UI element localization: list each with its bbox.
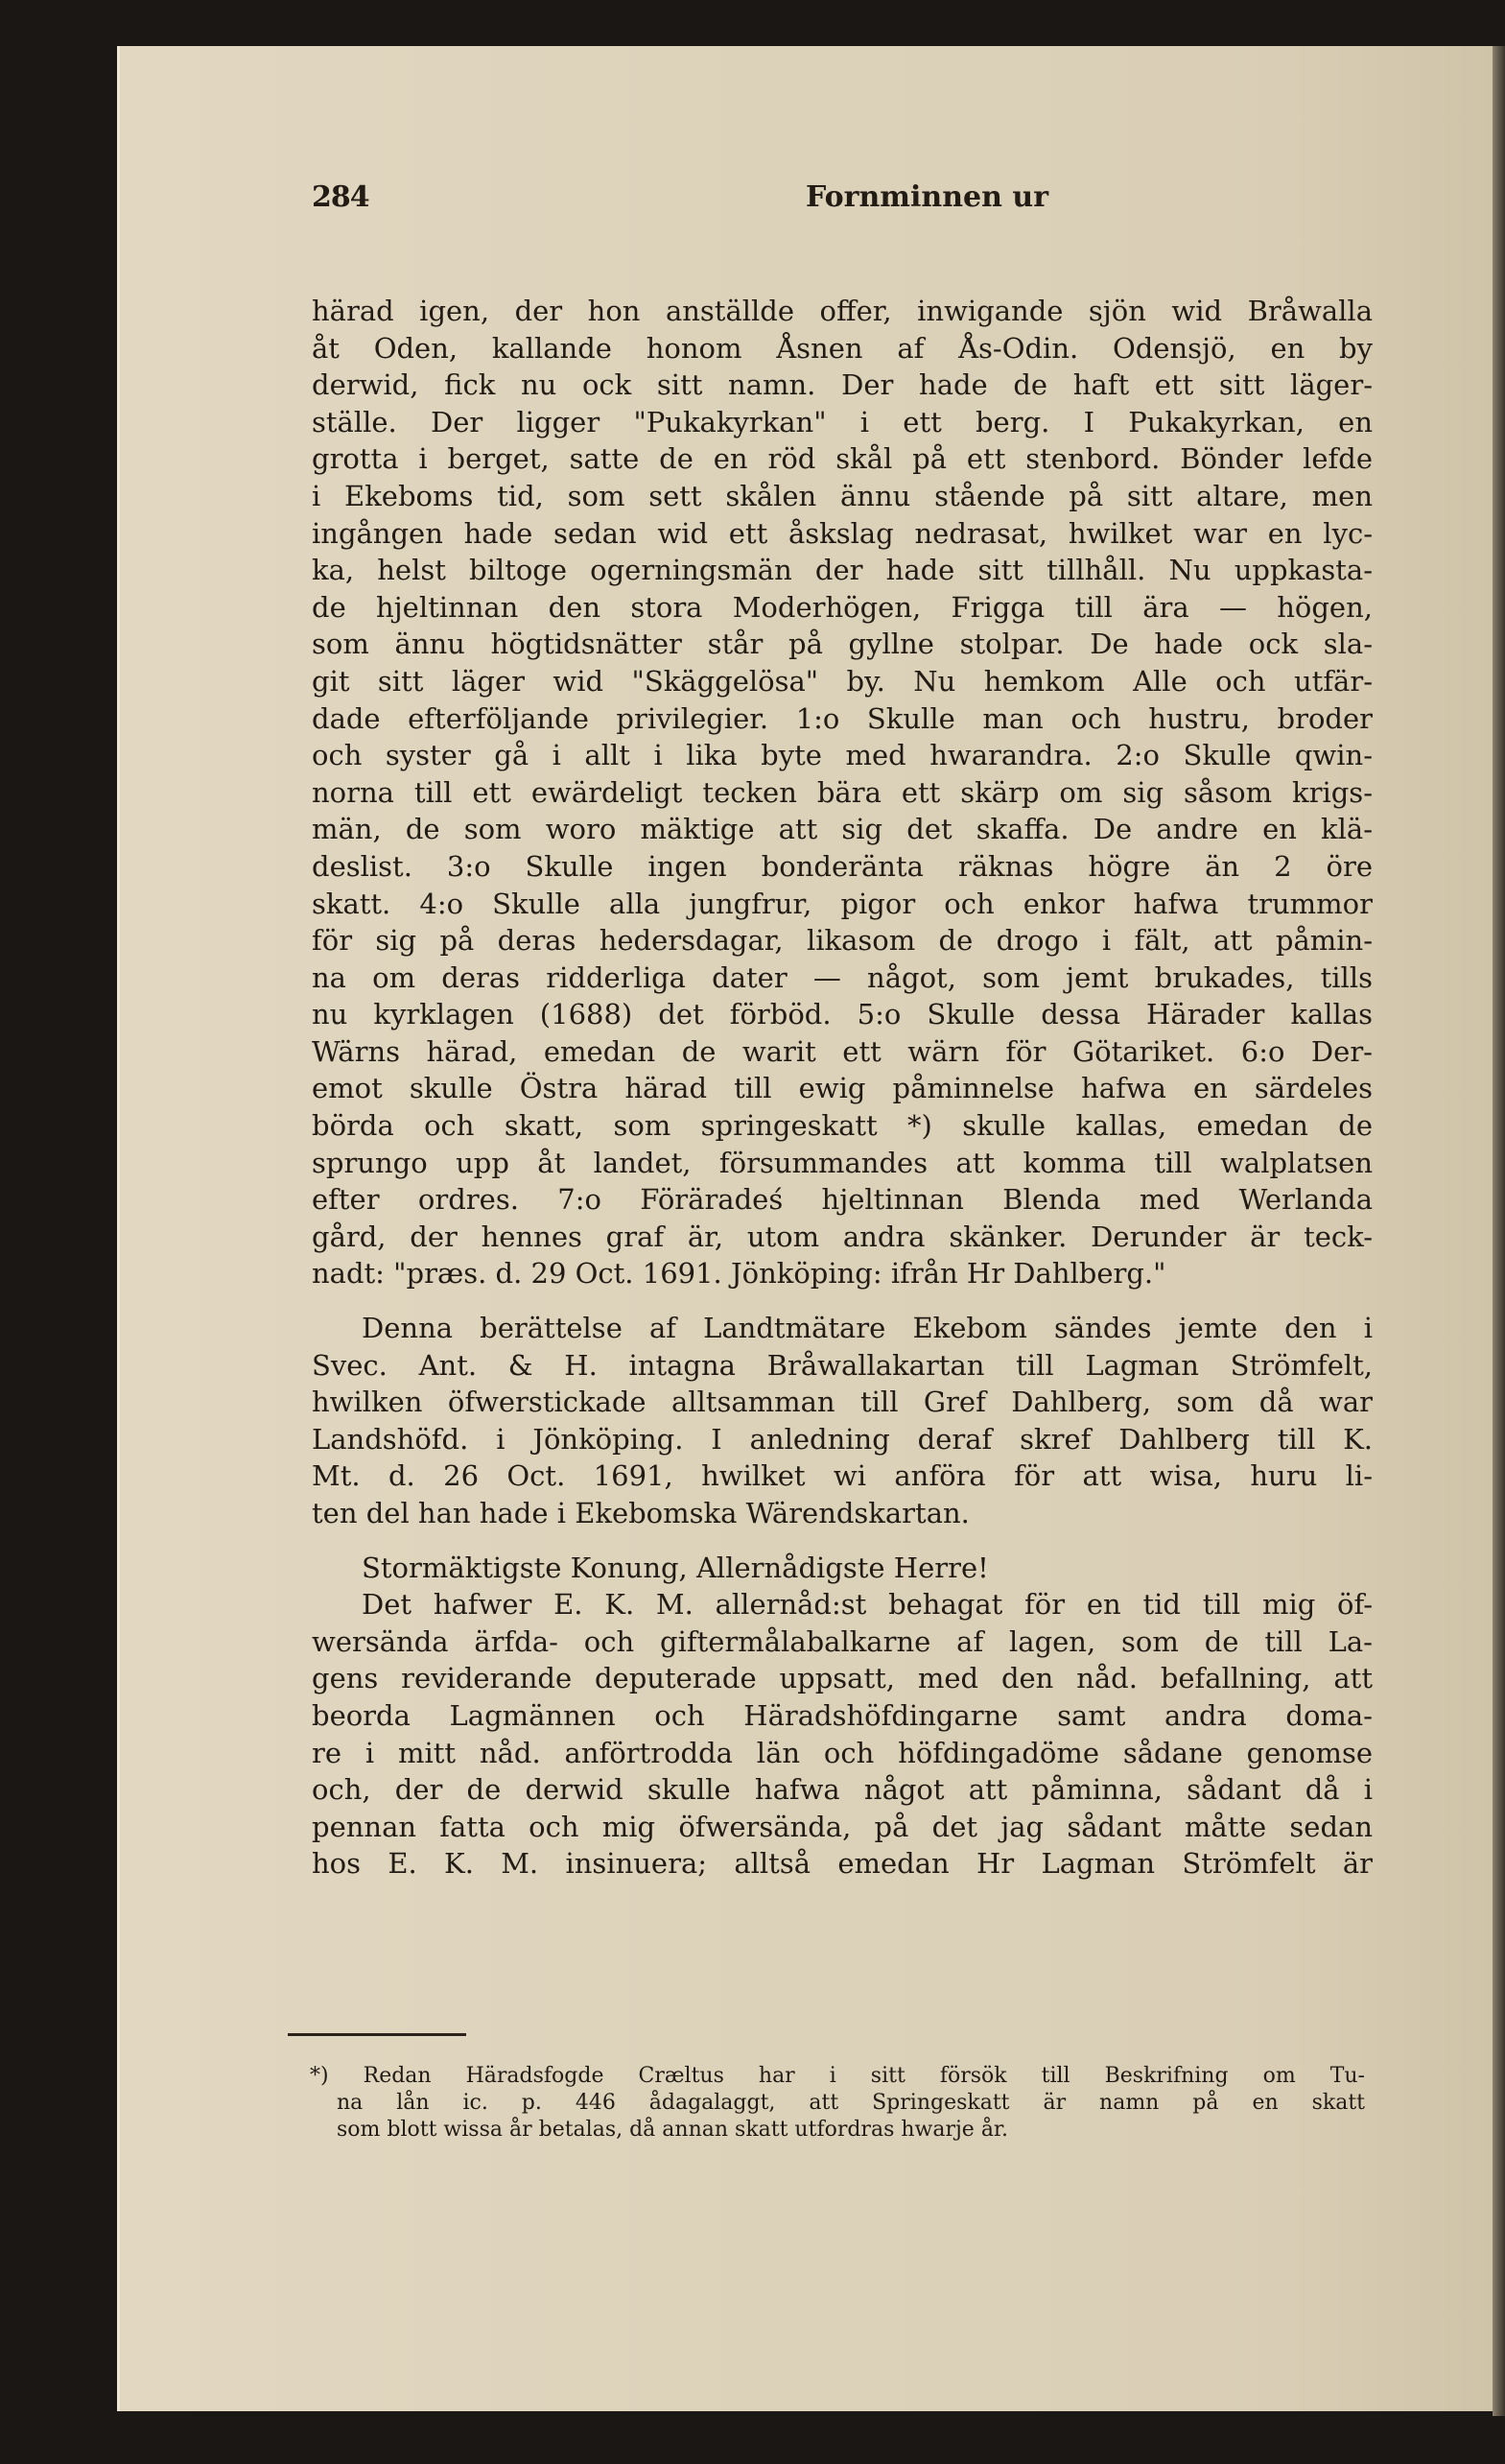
text-line: i Ekeboms tid, som sett skålen ännu ståe… (312, 478, 1373, 515)
page-edge-shadow (1493, 46, 1505, 2416)
body-text: härad igen, der hon anställde offer, inw… (312, 293, 1373, 1883)
text-line: som ännu högtidsnätter står på gyllne st… (312, 626, 1373, 663)
text-line: Wärns härad, emedan de warit ett wärn fö… (312, 1033, 1373, 1071)
text-line: efter ordres. 7:o Föräradeś hjeltinnan B… (312, 1181, 1373, 1219)
text-line: grotta i berget, satte de en röd skål på… (312, 440, 1373, 478)
footnote-divider (288, 2033, 466, 2036)
footnote-line: *) Redan Häradsfogde Cræltus har i sitt … (310, 2063, 1365, 2090)
text-line: Det hafwer E. K. M. allernåd:st behagat … (312, 1586, 1373, 1623)
text-line: norna till ett ewärdeligt tecken bära et… (312, 774, 1373, 812)
text-line: nadt: "præs. d. 29 Oct. 1691. Jönköping:… (312, 1255, 1373, 1292)
text-line: män, de som woro mäktige att sig det ska… (312, 811, 1373, 848)
paragraph-3: Det hafwer E. K. M. allernåd:st behagat … (312, 1586, 1373, 1883)
text-line: dade efterföljande privilegier. 1:o Skul… (312, 700, 1373, 738)
text-line: gård, der hennes graf är, utom andra skä… (312, 1219, 1373, 1256)
text-line: ingången hade sedan wid ett åskslag nedr… (312, 515, 1373, 553)
footnote: *) Redan Häradsfogde Cræltus har i sitt … (310, 2063, 1365, 2144)
text-line: derwid, fick nu ock sitt namn. Der hade … (312, 367, 1373, 404)
text-line: re i mitt nåd. anförtrodda län och höfdi… (312, 1735, 1373, 1772)
text-line: Landshöfd. i Jönköping. I anledning dera… (312, 1421, 1373, 1458)
paragraph-2: Denna berättelse af Landtmätare Ekebom s… (312, 1310, 1373, 1532)
text-line: för sig på deras hedersdagar, likasom de… (312, 922, 1373, 960)
text-line: pennan fatta och mig öfwersända, på det … (312, 1809, 1373, 1846)
text-line: de hjeltinnan den stora Moderhögen, Frig… (312, 589, 1373, 627)
letter-salutation: Stormäktigste Konung, Allernådigste Herr… (312, 1550, 1373, 1587)
text-line: åt Oden, kallande honom Åsnen af Ås-Odin… (312, 330, 1373, 367)
text-line: ten del han hade i Ekebomska Wärendskart… (312, 1495, 1373, 1532)
text-line: Denna berättelse af Landtmätare Ekebom s… (312, 1310, 1373, 1347)
text-line: Svec. Ant. & H. intagna Bråwallakartan t… (312, 1347, 1373, 1385)
text-line: na om deras ridderliga dater — något, so… (312, 960, 1373, 997)
footnote-line: som blott wissa år betalas, då annan ska… (310, 2117, 1365, 2144)
text-line: ställe. Der ligger "Pukakyrkan" i ett be… (312, 404, 1373, 441)
text-line: skatt. 4:o Skulle alla jungfrur, pigor o… (312, 886, 1373, 923)
footnote-line: na lån ic. p. 446 ådagalaggt, att Spring… (310, 2090, 1365, 2117)
text-line: och, der de derwid skulle hafwa något at… (312, 1771, 1373, 1809)
text-line: hwilken öfwerstickade alltsamman till Gr… (312, 1384, 1373, 1421)
text-line: gens reviderande deputerade uppsatt, med… (312, 1660, 1373, 1697)
page-header: 284 Fornminnen ur (312, 180, 1367, 219)
text-line: härad igen, der hon anställde offer, inw… (312, 293, 1373, 330)
text-line: hos E. K. M. insinuera; alltså emedan Hr… (312, 1845, 1373, 1883)
paragraph-gap (312, 1532, 1373, 1550)
text-line: emot skulle Östra härad till ewig påminn… (312, 1070, 1373, 1107)
text-line: git sitt läger wid "Skäggelösa" by. Nu h… (312, 663, 1373, 700)
text-line: wersända ärfda- och giftermålabalkarne a… (312, 1623, 1373, 1661)
page-number: 284 (312, 180, 369, 214)
text-line: sprungo upp åt landet, försummandes att … (312, 1145, 1373, 1182)
paragraph-1: härad igen, der hon anställde offer, inw… (312, 293, 1373, 1292)
text-line: beorda Lagmännen och Häradshöfdingarne s… (312, 1697, 1373, 1735)
footnote-text: Redan Häradsfogde Cræltus har i sitt för… (364, 2064, 1365, 2088)
text-line: nu kyrklagen (1688) det förböd. 5:o Skul… (312, 996, 1373, 1033)
paragraph-gap (312, 1292, 1373, 1310)
running-title: Fornminnen ur (806, 180, 1048, 214)
text-line: deslist. 3:o Skulle ingen bonderänta räk… (312, 848, 1373, 886)
text-line: börda och skatt, som springeskatt *) sku… (312, 1107, 1373, 1145)
text-line: och syster gå i allt i lika byte med hwa… (312, 737, 1373, 774)
text-line: Mt. d. 26 Oct. 1691, hwilket wi anföra f… (312, 1457, 1373, 1495)
text-line: ka, helst biltoge ogerningsmän der hade … (312, 552, 1373, 589)
footnote-marker: *) (310, 2064, 329, 2088)
